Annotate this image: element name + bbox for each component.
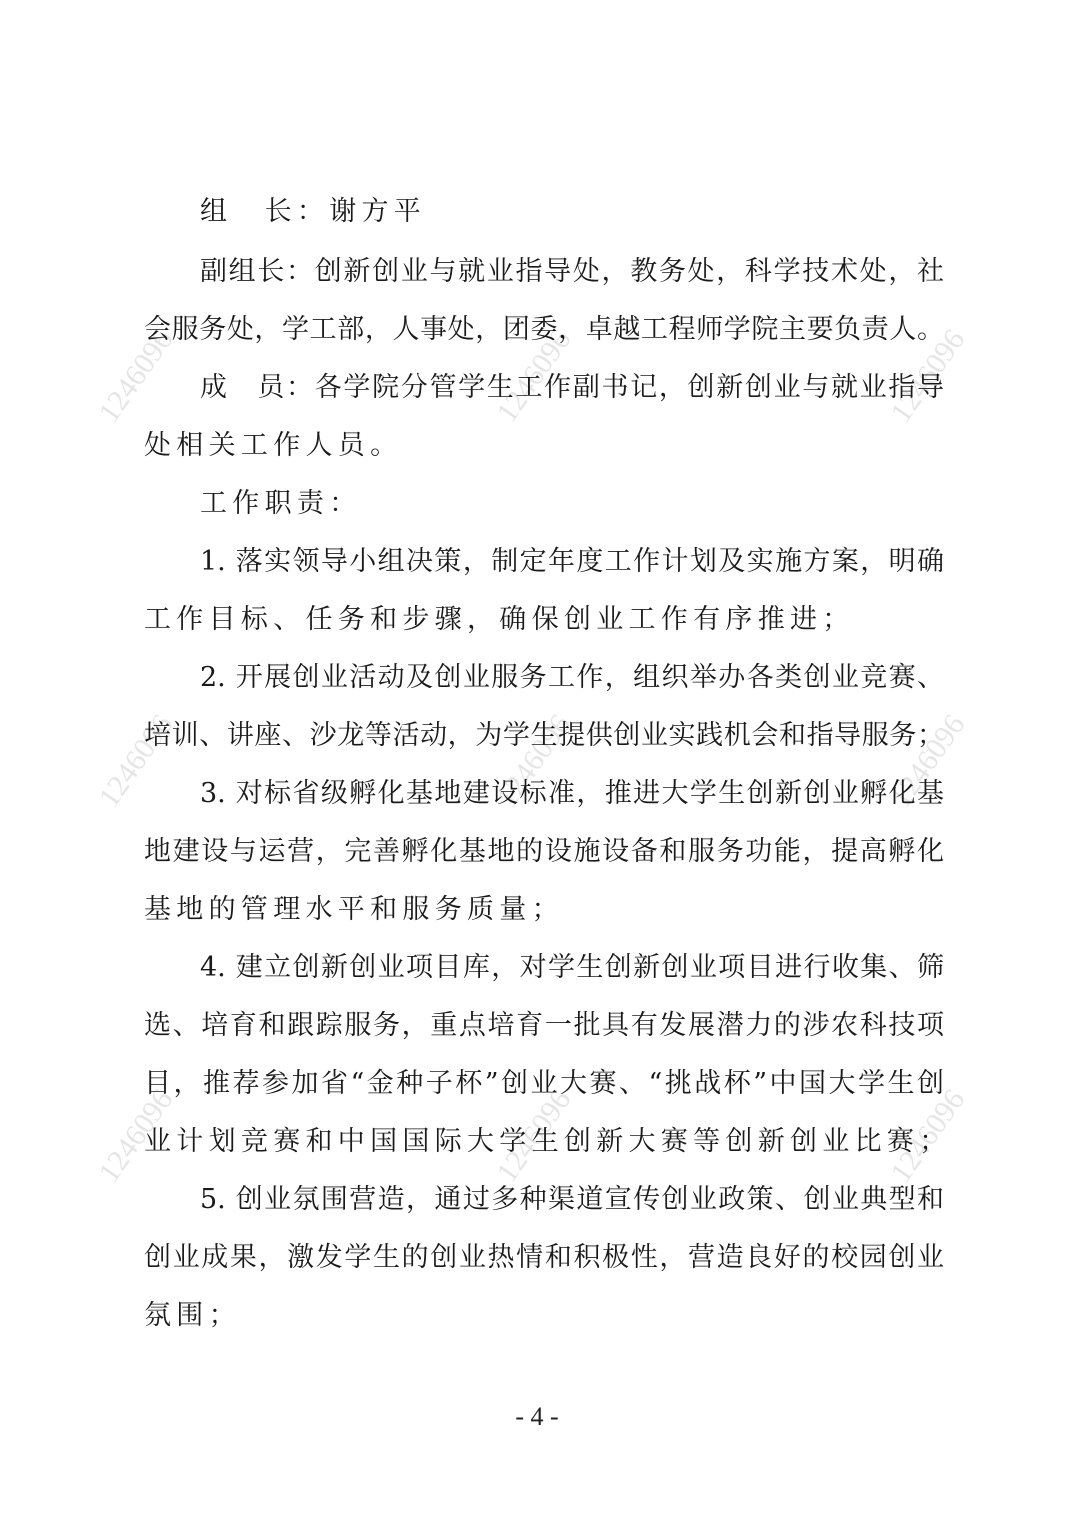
document-line: 3. 对标省级孵化基地建设标准，推进大学生创新创业孵化基 [200, 778, 944, 810]
page-number: - 4 - [0, 1402, 1074, 1432]
document-line: 创业成果，激发学生的创业热情和积极性，营造良好的校园创业 [144, 1242, 944, 1274]
document-line: 成 员：各学院分管学生工作副书记，创新创业与就业指导 [200, 372, 944, 404]
document-line: 目，推荐参加省“金种子杯”创业大赛、“挑战杯”中国大学生创 [144, 1068, 944, 1100]
document-line: 2. 开展创业活动及创业服务工作，组织举办各类创业竞赛、 [200, 662, 944, 694]
document-line: 处相关工作人员。 [144, 430, 944, 462]
document-line: 氛围； [144, 1300, 944, 1332]
document-line: 4. 建立创新创业项目库，对学生创新创业项目进行收集、筛 [200, 952, 944, 984]
document-line: 培训、讲座、沙龙等活动，为学生提供创业实践机会和指导服务； [144, 720, 944, 752]
document-line: 工作职责： [200, 488, 944, 520]
document-line: 组 长：谢方平 [200, 196, 944, 228]
document-page: 组 长：谢方平副组长：创新创业与就业指导处，教务处，科学技术处，社会服务处，学工… [0, 0, 1074, 1520]
document-line: 选、培育和跟踪服务，重点培育一批具有发展潜力的涉农科技项 [144, 1010, 944, 1042]
document-line: 工作目标、任务和步骤，确保创业工作有序推进； [144, 604, 944, 636]
document-line: 业计划竞赛和中国国际大学生创新大赛等创新创业比赛； [144, 1126, 944, 1158]
document-line: 会服务处，学工部，人事处，团委，卓越工程师学院主要负责人。 [144, 314, 944, 346]
document-line: 地建设与运营，完善孵化基地的设施设备和服务功能，提高孵化 [144, 836, 944, 868]
document-line: 基地的管理水平和服务质量； [144, 894, 944, 926]
document-line: 副组长：创新创业与就业指导处，教务处，科学技术处，社 [200, 256, 944, 288]
document-line: 5. 创业氛围营造，通过多种渠道宣传创业政策、创业典型和 [200, 1184, 944, 1216]
document-line: 1. 落实领导小组决策，制定年度工作计划及实施方案，明确 [200, 546, 944, 578]
